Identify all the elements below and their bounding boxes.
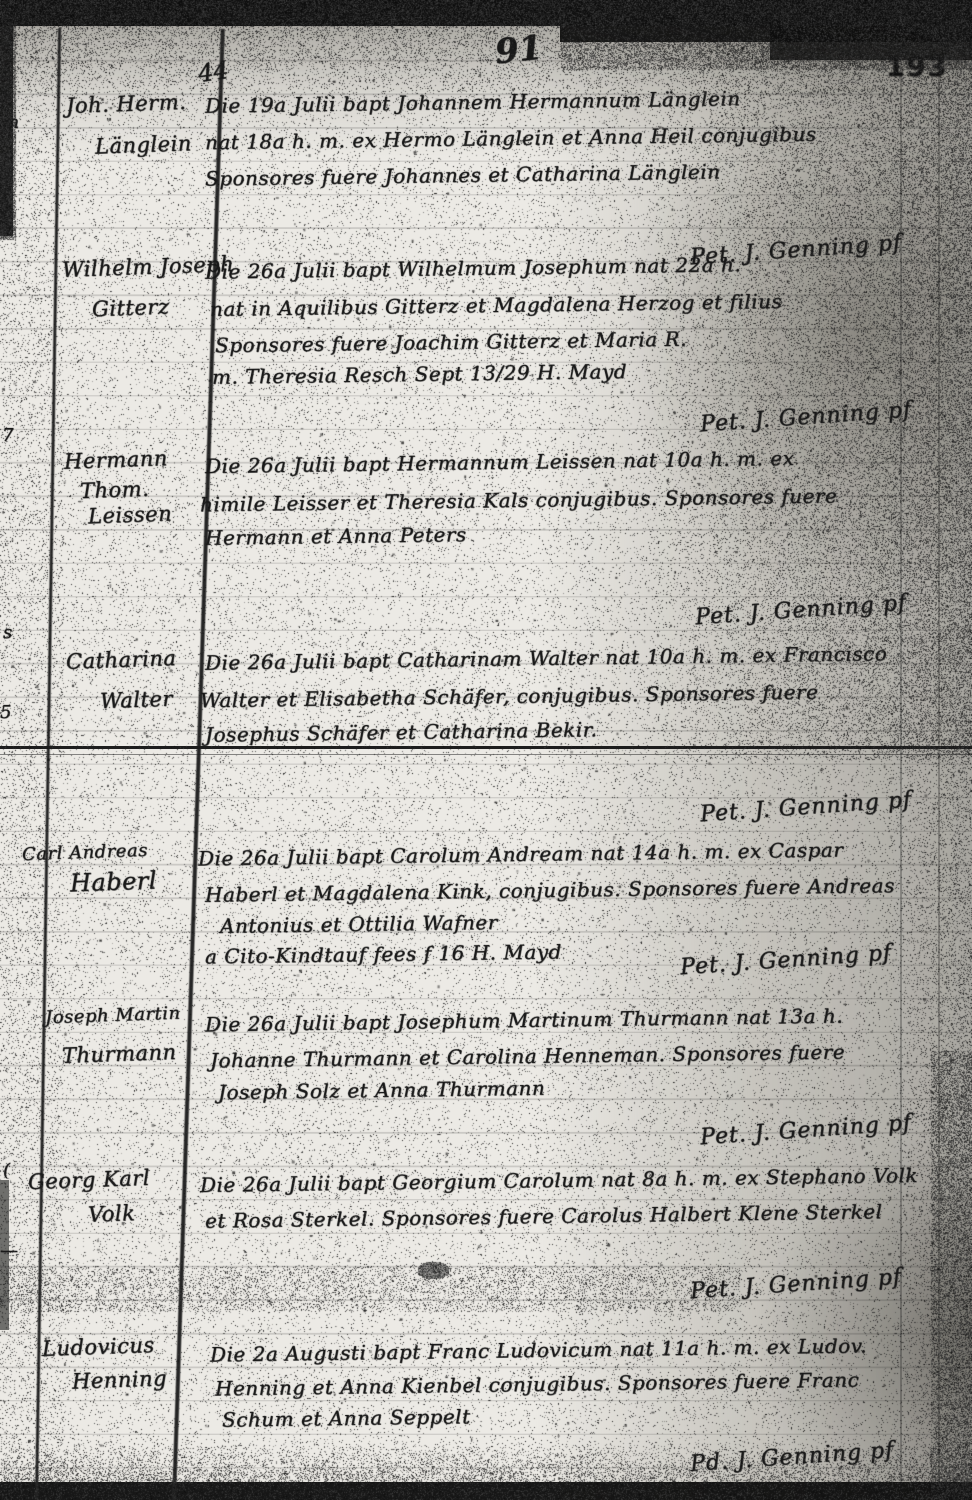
priest-signature: Pd. J. Genning pf <box>689 1438 895 1477</box>
folio-number: 44 <box>196 56 230 88</box>
entry-line: Joseph Solz et Anna Thurmann <box>218 1076 546 1105</box>
margin-fragment: — <box>0 1240 18 1261</box>
entry-name: Thom. <box>80 477 150 503</box>
entry-line: Sponsores fuere Johannes et Catharina Lä… <box>205 159 721 190</box>
entry-line: Die 2a Augusti bapt Franc Ludovicum nat … <box>210 1333 867 1366</box>
entry-line: Schum et Anna Seppelt <box>222 1404 471 1431</box>
entry-line: a Cito-Kindtauf fees f 16 H. Mayd <box>205 940 562 969</box>
entry-name: Gitterz <box>92 295 170 322</box>
priest-signature: Pet. J. Genning pf <box>699 398 912 438</box>
entry-line: Hermann et Anna Peters <box>205 522 467 550</box>
priest-signature: Pet. J. Genning pf <box>689 1265 902 1305</box>
entry-name: Leissen <box>88 502 173 529</box>
entry-line: et Rosa Sterkel. Sponsores fuere Carolus… <box>205 1199 883 1232</box>
entry-name: Haberl <box>70 866 158 897</box>
entry-name: Georg Karl <box>28 1166 151 1194</box>
entry-line: Sponsores fuere Joachim Gitterz et Maria… <box>215 327 687 358</box>
entry-line: m. Theresia Resch Sept 13/29 H. Mayd <box>212 359 627 389</box>
entry-line: nat 18a h. m. ex Hermo Länglein et Anna … <box>205 122 817 155</box>
entry-line: Die 26a Julii bapt Wilhelmum Josephum na… <box>205 252 742 283</box>
entry-name: Carl Andreas <box>22 840 149 865</box>
entry-line: Die 26a Julii bapt Hermannum Leissen nat… <box>205 446 795 478</box>
page-number-handwritten: 91 <box>493 28 544 73</box>
margin-fragment: 7 <box>2 425 13 446</box>
priest-signature: Pet. J. Genning pf <box>679 941 892 981</box>
entry-line: Johanne Thurmann et Carolina Henneman. S… <box>210 1040 845 1073</box>
scan-edge-bottom <box>0 1482 972 1500</box>
margin-fragment: ( <box>3 1160 10 1181</box>
margin-fragment: 5 <box>0 208 11 229</box>
scan-edge-top-right-2 <box>770 0 972 60</box>
margin-fragment: m <box>2 112 19 133</box>
entry-name: Joseph Martin <box>45 1003 181 1029</box>
entry-line: Antonius et Ottilia Wafner <box>220 910 498 938</box>
entry-line: Josephus Schäfer et Catharina Bekir. <box>205 717 598 746</box>
margin-fragment: s <box>3 622 12 643</box>
entry-name: Walter <box>100 687 174 714</box>
entry-line: Henning et Anna Kienbel conjugibus. Spon… <box>215 1368 860 1401</box>
priest-signature: Pet. J. Genning pf <box>699 788 912 828</box>
margin-fragment: 5 <box>0 702 11 723</box>
entry-name: Catharina <box>66 646 177 674</box>
entry-line: Die 26a Julii bapt Carolum Andream nat 1… <box>198 837 844 870</box>
entry-name: Thurmann <box>62 1040 177 1068</box>
margin-column-rule <box>35 28 61 1500</box>
entry-name: Länglein <box>95 131 193 158</box>
right-rule-2 <box>938 55 940 1500</box>
entry-name: Henning <box>72 1366 168 1393</box>
entry-name: Ludovicus <box>42 1333 155 1361</box>
entry-line: nat in Aquilibus Gitterz et Magdalena He… <box>210 289 783 321</box>
entry-name: Joh. Herm. <box>66 90 187 118</box>
entry-line: Die 26a Julii bapt Josephum Martinum Thu… <box>205 1004 843 1037</box>
entry-line: himile Leisser et Theresia Kals conjugib… <box>200 484 838 517</box>
page-number-printed: 193 <box>886 52 948 83</box>
entry-name: Volk <box>88 1201 136 1227</box>
entry-line: Walter et Elisabetha Schäfer, conjugibus… <box>200 680 819 713</box>
entry-line: Haberl et Magdalena Kink, conjugibus. Sp… <box>205 873 895 907</box>
entry-name: Hermann <box>64 446 169 474</box>
entry-line: Die 19a Julii bapt Johannem Hermannum Lä… <box>205 86 741 117</box>
entry-line: Die 26a Julii bapt Georgium Carolum nat … <box>200 1163 918 1197</box>
priest-signature: Pet. J. Genning pf <box>699 1111 912 1151</box>
register-scan-page: 91 44 193 m 5 7 s 5 ( — Joh. Herm. Längl… <box>0 0 972 1500</box>
row-divider-line <box>0 746 972 749</box>
row-divider-line-echo <box>0 754 972 755</box>
priest-signature: Pet. J. Genning pf <box>694 591 907 631</box>
entry-line: Die 26a Julii bapt Catharinam Walter nat… <box>205 641 888 675</box>
name-column-rule <box>172 29 224 1500</box>
